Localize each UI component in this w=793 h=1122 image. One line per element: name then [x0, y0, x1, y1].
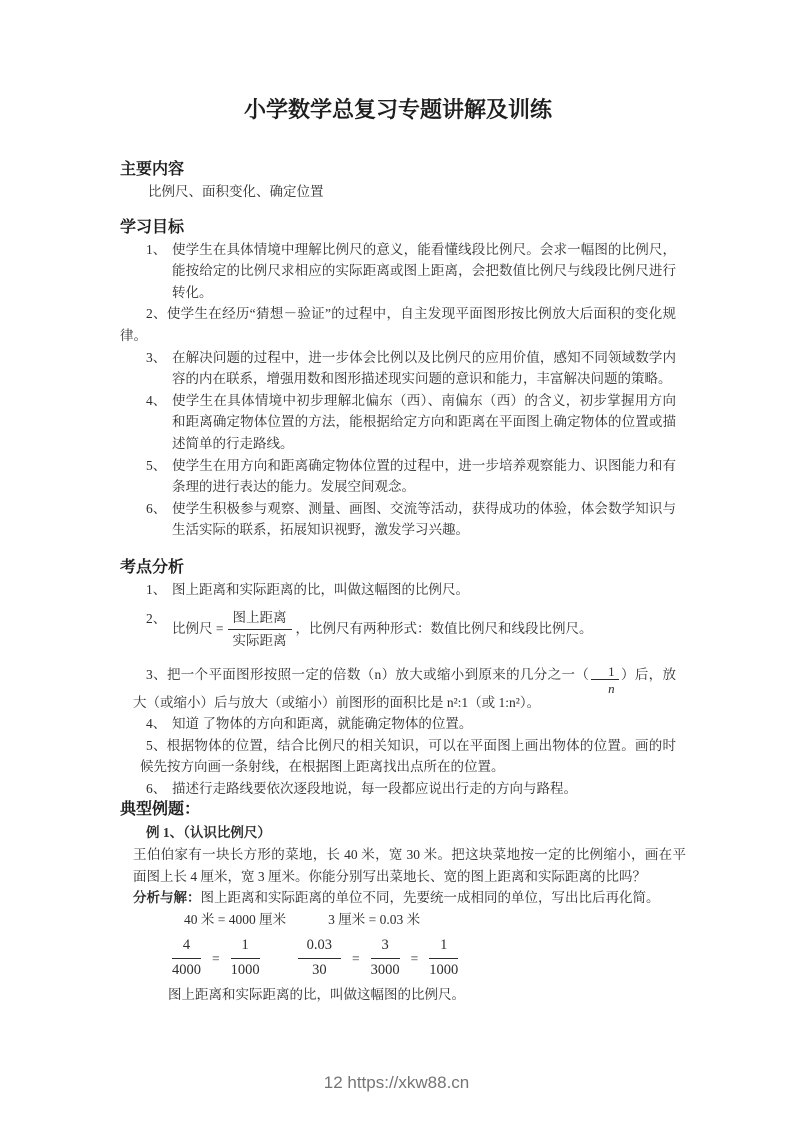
fraction-3-3000: 3 3000: [371, 935, 400, 981]
fraction-1-1000: 1 1000: [231, 935, 260, 981]
fraction-4-4000: 4 4000: [172, 935, 201, 981]
example1-conclusion: 图上距离和实际距离的比，叫做这幅图的比例尺。: [168, 984, 676, 1006]
goal-item-4: 4、 使学生在具体情境中初步理解北偏东（西）、南偏东（西）的含义，初步掌握用方向…: [120, 390, 676, 455]
goal-item-2: 2、使学生在经历“猜想－验证”的过程中，自主发现平面图形按比例放大后面积的变化规…: [120, 303, 676, 346]
fraction-003-30: 0.03 30: [298, 935, 341, 981]
goal-item-text: 使学生在经历“猜想－验证”的过程中，自主发现平面图形按比例放大后面积的变化规律。: [120, 306, 676, 343]
key-point-text: 把一个平面图形按照一定的倍数（n）放大或缩小到原来的几分之一（: [167, 667, 589, 682]
fraction-numerator: 图上距离: [228, 608, 292, 630]
goal-item-text: 使学生在用方向和距离确定物体位置的过程中，进一步培养观察能力、识图能力和有条理的…: [172, 455, 676, 498]
main-content-body: 比例尺、面积变化、确定位置: [120, 181, 676, 203]
equation-2: 0.03 30 = 3 3000 = 1 1000: [296, 935, 461, 981]
key-point-number: 4、: [120, 713, 172, 735]
key-point-text: 描述行走路线要依次逐段地说，每一段都应说出行走的方向与路程。: [172, 778, 676, 800]
fraction-numerator: 4: [172, 935, 201, 959]
equals-sign: =: [411, 948, 419, 970]
goal-item-number: 3、: [120, 347, 172, 390]
key-point-3: 3、把一个平面图形按照一定的倍数（n）放大或缩小到原来的几分之一（1n）后，放大…: [133, 660, 676, 714]
key-point-1: 1、 图上距离和实际距离的比，叫做这幅图的比例尺。: [120, 579, 676, 601]
fraction-numerator: 1: [591, 664, 619, 680]
fraction-denominator: n: [591, 680, 619, 696]
fraction-denominator: 30: [298, 959, 341, 981]
goal-item-6: 6、 使学生积极参与观察、测量、画图、交流等活动，获得成功的体验，体会数学知识与…: [120, 498, 676, 541]
key-point-number: 3、: [146, 667, 167, 682]
scale-formula-fraction: 图上距离 实际距离: [228, 608, 292, 651]
equals-sign: =: [352, 948, 360, 970]
document-page: 小学数学总复习专题讲解及训练 主要内容 比例尺、面积变化、确定位置 学习目标 1…: [0, 0, 793, 1122]
fraction-equations: 4 4000 = 1 1000 0.03 30 = 3 3000: [170, 935, 676, 981]
key-point-text: 知道 了物体的方向和距离，就能确定物体的位置。: [172, 713, 676, 735]
document-content: 小学数学总复习专题讲解及训练 主要内容 比例尺、面积变化、确定位置 学习目标 1…: [0, 0, 793, 1006]
key-point-6: 6、 描述行走路线要依次逐段地说，每一段都应说出行走的方向与路程。: [120, 778, 676, 800]
key-point-number: 5、: [146, 738, 167, 753]
fraction-numerator: 0.03: [298, 935, 341, 959]
analysis-label: 分析与解：: [133, 890, 201, 905]
key-point-4: 4、 知道 了物体的方向和距离，就能确定物体的位置。: [120, 713, 676, 735]
key-point-number: 6、: [120, 778, 172, 800]
goal-item-3: 3、 在解决问题的过程中，进一步体会比例以及比例尺的应用价值，感知不同领域数学内…: [120, 347, 676, 390]
conversion-meters: 40 米 = 4000 厘米: [184, 912, 286, 927]
goal-item-text: 使学生积极参与观察、测量、画图、交流等活动，获得成功的体验，体会数学知识与生活实…: [172, 498, 676, 541]
fraction-numerator: 3: [371, 935, 400, 959]
key-point-5: 5、根据物体的位置，结合比例尺的相关知识，可以在平面图上画出物体的位置。画的时候…: [140, 735, 676, 778]
example1-title: 例 1、（认识比例尺）: [120, 822, 676, 844]
goal-item-number: 2、: [146, 306, 167, 321]
heading-main-content: 主要内容: [120, 159, 676, 181]
scale-formula-prefix: 比例尺 =: [172, 618, 224, 640]
equation-1: 4 4000 = 1 1000: [170, 935, 262, 981]
goal-item-text: 在解决问题的过程中，进一步体会比例以及比例尺的应用价值，感知不同领域数学内容的内…: [172, 347, 676, 390]
fraction-denominator: 4000: [172, 959, 201, 981]
fraction-numerator: 1: [231, 935, 260, 959]
key-point-2: 2、 比例尺 = 图上距离 实际距离 ，比例尺有两种形式：数值比例尺和线段比例尺…: [120, 608, 676, 651]
scale-formula-suffix: ，比例尺有两种形式：数值比例尺和线段比例尺。: [296, 618, 593, 640]
key-point-text: 根据物体的位置，结合比例尺的相关知识，可以在平面图上画出物体的位置。画的时候先按…: [140, 738, 676, 775]
example1-problem: 王伯伯家有一块长方形的菜地，长 40 米，宽 30 米。把这块菜地按一定的比例缩…: [133, 844, 686, 887]
key-point-text: 图上距离和实际距离的比，叫做这幅图的比例尺。: [172, 579, 676, 601]
key-point-number: 2、: [120, 608, 172, 651]
fraction-denominator: 1000: [429, 959, 458, 981]
example1-analysis: 分析与解：图上距离和实际距离的单位不同，先要统一成相同的单位，写出比后再化简。: [133, 887, 686, 909]
fraction-numerator: 1: [429, 935, 458, 959]
fraction-denominator: 1000: [231, 959, 260, 981]
key-point-number: 1、: [120, 579, 172, 601]
conversion-centimeters: 3 厘米 = 0.03 米: [328, 912, 420, 927]
analysis-text: 图上距离和实际距离的单位不同，先要统一成相同的单位，写出比后再化简。: [201, 890, 660, 905]
goal-item-number: 5、: [120, 455, 172, 498]
fraction-denominator: 实际距离: [228, 630, 292, 651]
goal-item-text: 使学生在具体情境中初步理解北偏东（西）、南偏东（西）的含义，初步掌握用方向和距离…: [172, 390, 676, 455]
goal-item-text: 使学生在具体情境中理解比例尺的意义，能看懂线段比例尺。会求一幅图的比例尺，能按给…: [172, 239, 676, 304]
goal-item-number: 6、: [120, 498, 172, 541]
heading-examples: 典型例题：: [120, 799, 676, 821]
page-footer-watermark: 12 https://xkw88.cn: [0, 1072, 793, 1094]
page-title: 小学数学总复习专题讲解及训练: [120, 95, 676, 125]
goal-item-1: 1、 使学生在具体情境中理解比例尺的意义，能看懂线段比例尺。会求一幅图的比例尺，…: [120, 239, 676, 304]
unit-conversions: 40 米 = 4000 厘米3 厘米 = 0.03 米: [184, 909, 676, 931]
fraction-denominator: 3000: [371, 959, 400, 981]
heading-learning-goals: 学习目标: [120, 217, 676, 239]
goal-item-5: 5、 使学生在用方向和距离确定物体位置的过程中，进一步培养观察能力、识图能力和有…: [120, 455, 676, 498]
key-point-text: 比例尺 = 图上距离 实际距离 ，比例尺有两种形式：数值比例尺和线段比例尺。: [172, 608, 676, 651]
goal-item-number: 1、: [120, 239, 172, 304]
equals-sign: =: [212, 948, 220, 970]
heading-key-points: 考点分析: [120, 557, 676, 579]
one-over-n-fraction: 1n: [591, 664, 619, 696]
fraction-1-1000: 1 1000: [429, 935, 458, 981]
goal-item-number: 4、: [120, 390, 172, 455]
